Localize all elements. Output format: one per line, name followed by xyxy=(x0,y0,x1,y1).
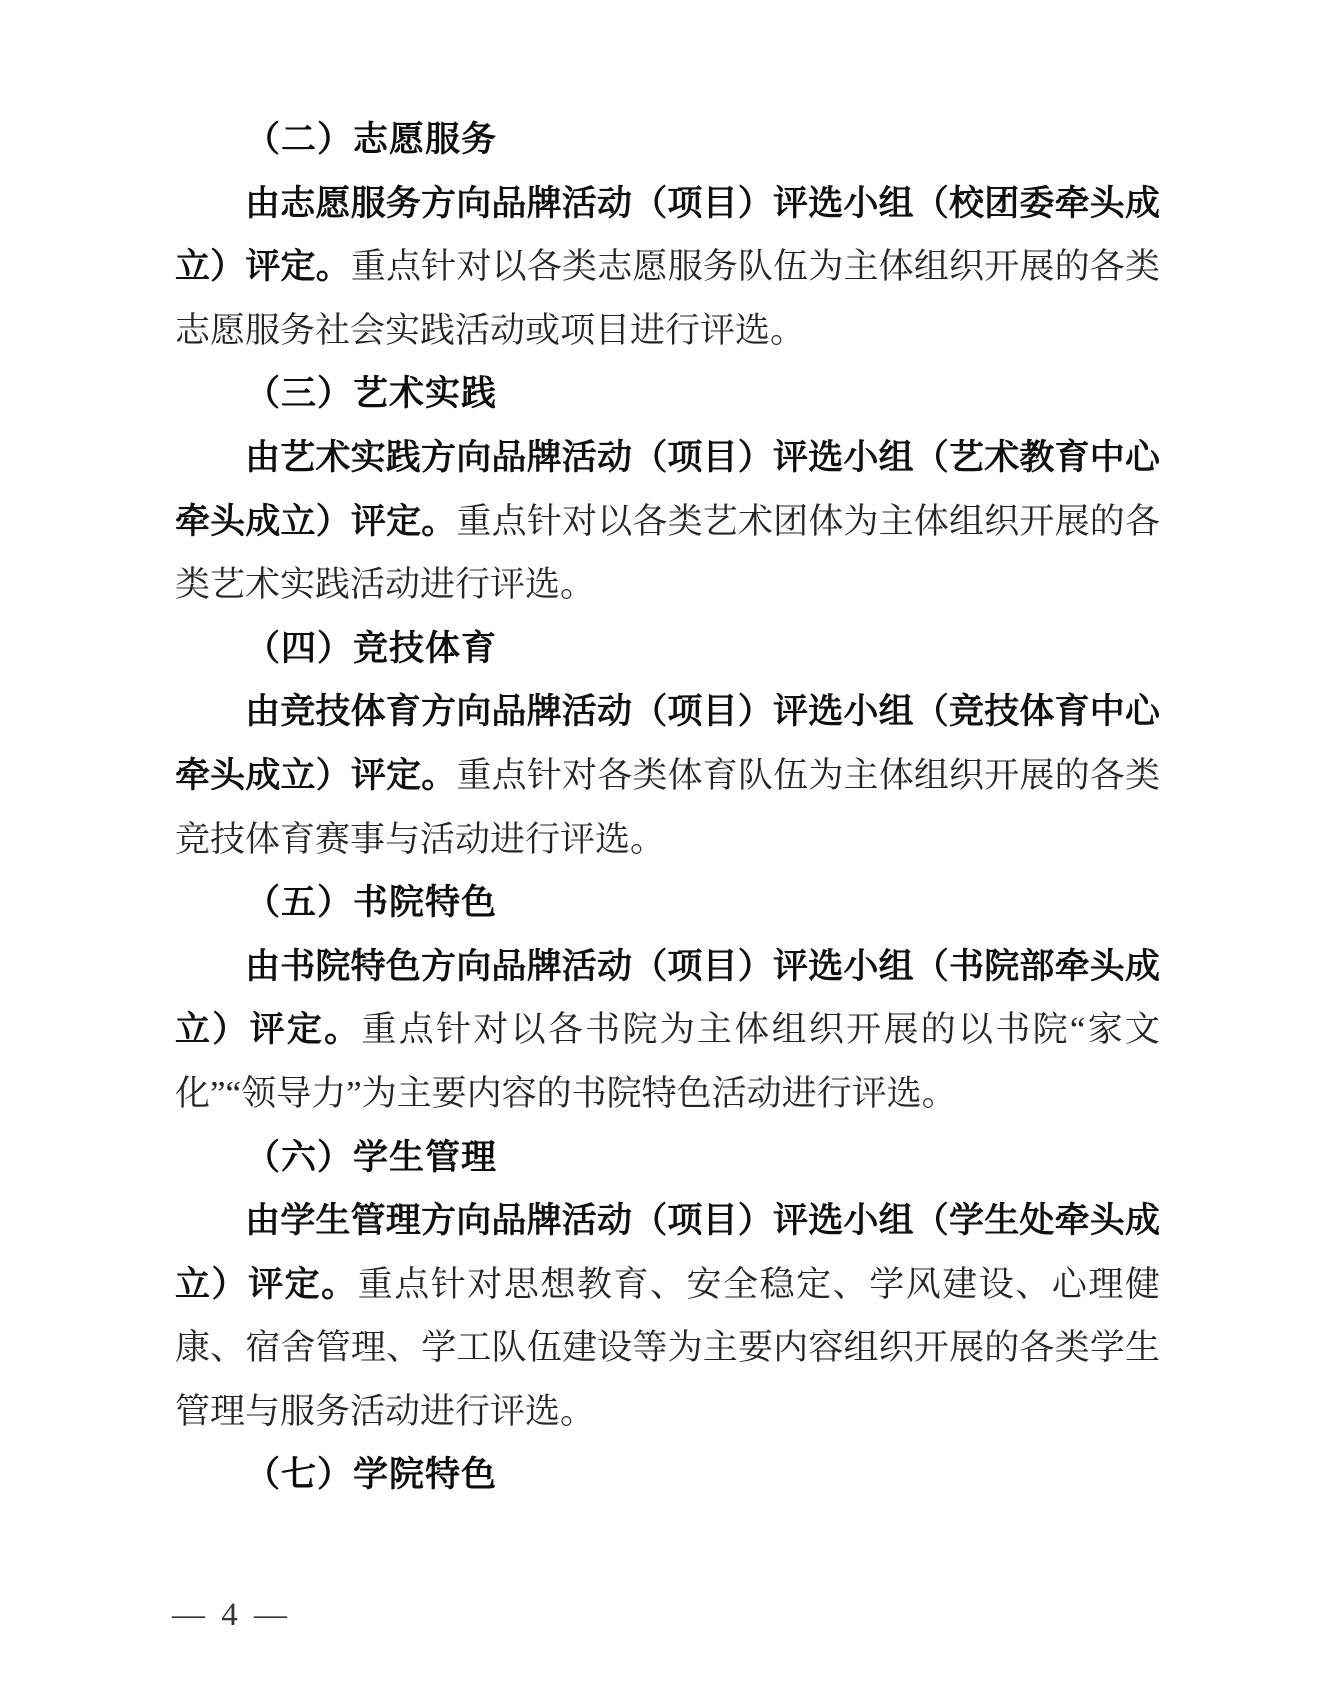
section-paragraph: 由志愿服务方向品牌活动（项目）评选小组（校团委牵头成立）评定。重点针对以各类志愿… xyxy=(175,172,1160,363)
section-heading: （二）志愿服务 xyxy=(175,108,1160,172)
section-heading: （七）学院特色 xyxy=(175,1443,1160,1507)
section-college-feature: （五）书院特色 由书院特色方向品牌活动（项目）评选小组（书院部牵头成立）评定。重… xyxy=(175,871,1160,1125)
section-heading: （四）竞技体育 xyxy=(175,617,1160,681)
page-number: — 4 — xyxy=(172,1597,291,1634)
section-paragraph: 由竞技体育方向品牌活动（项目）评选小组（竞技体育中心牵头成立）评定。重点针对各类… xyxy=(175,680,1160,871)
section-paragraph: 由书院特色方向品牌活动（项目）评选小组（书院部牵头成立）评定。重点针对以各书院为… xyxy=(175,935,1160,1126)
section-school-feature: （七）学院特色 xyxy=(175,1443,1160,1507)
section-heading: （三）艺术实践 xyxy=(175,362,1160,426)
section-heading: （五）书院特色 xyxy=(175,871,1160,935)
section-student-management: （六）学生管理 由学生管理方向品牌活动（项目）评选小组（学生处牵头成立）评定。重… xyxy=(175,1126,1160,1444)
document-page: （二）志愿服务 由志愿服务方向品牌活动（项目）评选小组（校团委牵头成立）评定。重… xyxy=(0,0,1322,1692)
section-heading: （六）学生管理 xyxy=(175,1126,1160,1190)
section-art-practice: （三）艺术实践 由艺术实践方向品牌活动（项目）评选小组（艺术教育中心牵头成立）评… xyxy=(175,362,1160,616)
section-paragraph: 由艺术实践方向品牌活动（项目）评选小组（艺术教育中心牵头成立）评定。重点针对以各… xyxy=(175,426,1160,617)
document-body: （二）志愿服务 由志愿服务方向品牌活动（项目）评选小组（校团委牵头成立）评定。重… xyxy=(175,108,1160,1507)
section-competitive-sports: （四）竞技体育 由竞技体育方向品牌活动（项目）评选小组（竞技体育中心牵头成立）评… xyxy=(175,617,1160,871)
section-volunteer-service: （二）志愿服务 由志愿服务方向品牌活动（项目）评选小组（校团委牵头成立）评定。重… xyxy=(175,108,1160,362)
section-paragraph: 由学生管理方向品牌活动（项目）评选小组（学生处牵头成立）评定。重点针对思想教育、… xyxy=(175,1189,1160,1443)
